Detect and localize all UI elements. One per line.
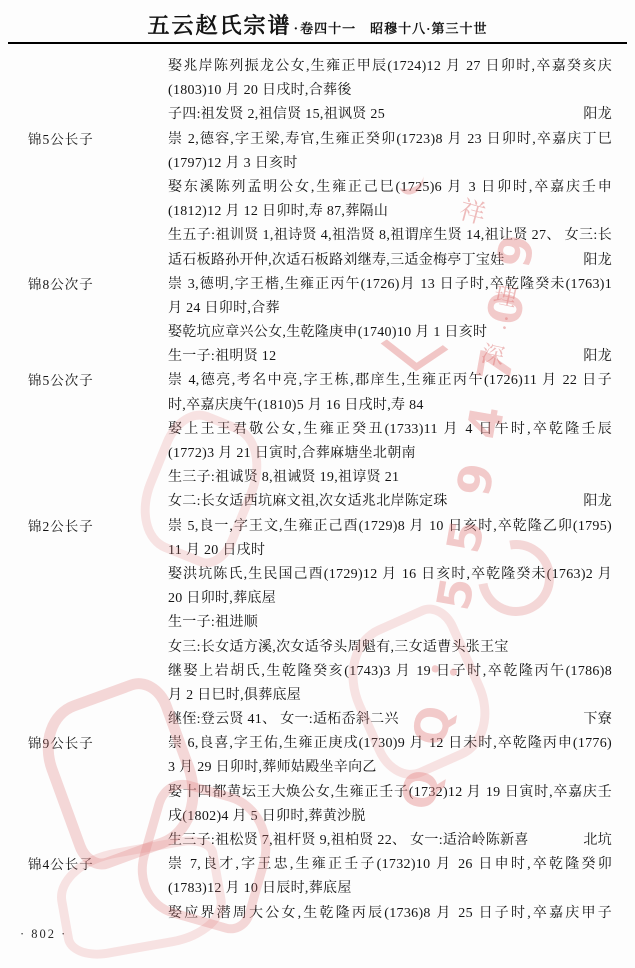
- entry-label: 锦2公长子: [0, 515, 168, 539]
- entry-line: 月 24 日卯时,合葬: [168, 297, 612, 321]
- genealogy-entry: 锦5公次子 崇 4,德亮,考名中亮,字王栋,郡庠生,生雍正丙午(1726)11 …: [0, 369, 635, 514]
- entry-line: 继娶上岩胡氏,生乾隆癸亥(1743)3 月 19 日子时,卒乾隆丙午(1786)…: [168, 660, 612, 684]
- genealogy-entry: 锦5公长子 崇 2,德容,字王梁,寿官,生雍正癸卯(1723)8 月 23 日卯…: [0, 128, 635, 273]
- entry-line: 女二:长女适西坑麻文祖,次女适兆北岸陈定珠 阳龙: [168, 490, 612, 514]
- place-annotation: 北坑: [575, 829, 612, 853]
- genealogy-entry: 锦8公次子 崇 3,德明,字王楷,生雍正丙午(1726)月 13 日子时,卒乾隆…: [0, 273, 635, 370]
- entry-line: 崇 4,德亮,考名中亮,字王栋,郡庠生,生雍正丙午(1726)11 月 22 日…: [168, 369, 612, 393]
- entry-line: 适石板路孙开仲,次适石板路刘继寿,三适金梅亭丁宝娃 阳龙: [168, 249, 612, 273]
- entry-line: 20 日卯时,葬底屋: [168, 587, 612, 611]
- genealogy-body: 娶兆岸陈列振龙公女,生雍正甲辰(1724)12 月 27 日卯时,卒嘉癸亥庆 (…: [0, 55, 635, 926]
- entry-line: 子四:祖发贤 2,祖信贤 15,祖讽贤 25 阳龙: [168, 103, 612, 127]
- entry-label: 锦4公长子: [0, 853, 168, 877]
- entry-line: (1783)12 月 10 日辰时,葬底屋: [168, 877, 612, 901]
- entry-line: 崇 3,德明,字王楷,生雍正丙午(1726)月 13 日子时,卒乾隆癸未(176…: [168, 273, 612, 297]
- page-number: · 802 ·: [20, 927, 67, 942]
- title-separator-dot: ·: [292, 22, 301, 37]
- place-annotation: 下寮: [575, 708, 612, 732]
- entry-line-text: 子四:祖发贤 2,祖信贤 15,祖讽贤 25: [168, 103, 385, 127]
- entry-label: 锦5公长子: [0, 128, 168, 152]
- entry-line: 娶兆岸陈列振龙公女,生雍正甲辰(1724)12 月 27 日卯时,卒嘉癸亥庆: [168, 55, 612, 79]
- entry-line: (1812)12 月 12 日卯时,寿 87,葬隔山: [168, 200, 612, 224]
- entry-line-text: 适石板路孙开仲,次适石板路刘继寿,三适金梅亭丁宝娃: [168, 249, 505, 273]
- entry-line-text: 女二:长女适西坑麻文祖,次女适兆北岸陈定珠: [168, 490, 448, 514]
- entry-lines: 崇 3,德明,字王楷,生雍正丙午(1726)月 13 日子时,卒乾隆癸未(176…: [168, 273, 612, 370]
- entry-line: 娶洪坑陈氏,生民国己酉(1729)12 月 16 日亥时,卒乾隆癸未(1763)…: [168, 563, 612, 587]
- genealogy-scan-page: 五云赵氏宗谱·卷四十一 昭穆十八·第三十世 娶兆岸陈列振龙公女,生雍正甲辰(17…: [0, 0, 635, 968]
- genealogy-entry: 锦9公长子 崇 6,良喜,字王佑,生雍正庚戌(1730)9 月 12 日未时,卒…: [0, 732, 635, 853]
- entry-line: 娶乾坑应章兴公女,生乾隆庚申(1740)10 月 1 日亥时: [168, 321, 612, 345]
- entry-lines: 崇 4,德亮,考名中亮,字王栋,郡庠生,生雍正丙午(1726)11 月 22 日…: [168, 369, 612, 514]
- entry-line: 崇 7,良才,字王忠,生雍正壬子(1732)10 月 26 日申时,卒乾隆癸卯: [168, 853, 612, 877]
- entry-lines: 娶兆岸陈列振龙公女,生雍正甲辰(1724)12 月 27 日卯时,卒嘉癸亥庆 (…: [168, 55, 612, 128]
- entry-line: 女三:长女适方溪,次女适爷头周魁有,三女适曹头张王宝: [168, 636, 612, 660]
- entry-lines: 崇 7,良才,字王忠,生雍正壬子(1732)10 月 26 日申时,卒乾隆癸卯 …: [168, 853, 612, 926]
- header-rule-line: [8, 42, 627, 44]
- entry-line: (1772)3 月 21 日寅时,合葬麻塘坐北朝南: [168, 442, 612, 466]
- entry-line: 生三子:祖松贤 7,祖杆贤 9,祖柏贤 22、 女一:适洽岭陈新喜 北坑: [168, 829, 612, 853]
- entry-line: 生三子:祖诚贤 8,祖诫贤 19,祖谆贤 21: [168, 466, 612, 490]
- entry-line: 娶上王王君敬公女,生雍正癸丑(1733)11 月 4 日午时,卒乾隆壬辰: [168, 418, 612, 442]
- genealogy-entry: 锦2公长子 崇 5,良一,字王文,生雍正己酉(1729)8 月 10 日亥时,卒…: [0, 515, 635, 733]
- entry-line-text: 生三子:祖松贤 7,祖杆贤 9,祖柏贤 22、 女一:适洽岭陈新喜: [168, 829, 529, 853]
- entry-label: 锦9公长子: [0, 732, 168, 756]
- entry-line-text: 生一子:祖明贤 12: [168, 345, 276, 369]
- genealogy-entry: 娶兆岸陈列振龙公女,生雍正甲辰(1724)12 月 27 日卯时,卒嘉癸亥庆 (…: [0, 55, 635, 128]
- entry-line: 月 2 日巳时,俱葬底屋: [168, 684, 612, 708]
- entry-label: 锦8公次子: [0, 273, 168, 297]
- entry-line-text: 继侄:登云贤 41、 女一:适柘岙斜二兴: [168, 708, 399, 732]
- genealogy-entry: 锦4公长子 崇 7,良才,字王忠,生雍正壬子(1732)10 月 26 日申时,…: [0, 853, 635, 926]
- entry-line: 戌(1802)4 月 5 日卯时,葬黄沙脱: [168, 805, 612, 829]
- place-annotation: 阳龙: [575, 249, 612, 273]
- place-annotation: 阳龙: [575, 103, 612, 127]
- entry-label: 锦5公次子: [0, 369, 168, 393]
- place-annotation: 阳龙: [575, 490, 612, 514]
- entry-line: 崇 6,良喜,字王佑,生雍正庚戌(1730)9 月 12 日未时,卒乾隆丙申(1…: [168, 732, 612, 756]
- entry-line: 崇 2,德容,字王梁,寿官,生雍正癸卯(1723)8 月 23 日卯时,卒嘉庆丁…: [168, 128, 612, 152]
- entry-line: 生一子:祖进顺: [168, 611, 612, 635]
- volume-subtitle: 卷四十一 昭穆十八·第三十世: [300, 21, 487, 36]
- page-title: 五云赵氏宗谱·卷四十一 昭穆十八·第三十世: [0, 9, 635, 40]
- entry-line: 继侄:登云贤 41、 女一:适柘岙斜二兴 下寮: [168, 708, 612, 732]
- entry-line: 崇 5,良一,字王文,生雍正己酉(1729)8 月 10 日亥时,卒乾隆乙卯(1…: [168, 515, 612, 539]
- place-annotation: 阳龙: [575, 345, 612, 369]
- entry-line: (1797)12 月 3 日亥时: [168, 152, 612, 176]
- entry-lines: 崇 6,良喜,字王佑,生雍正庚戌(1730)9 月 12 日未时,卒乾隆丙申(1…: [168, 732, 612, 853]
- entry-label: [0, 55, 168, 79]
- entry-line: 娶应界潜周大公女,生乾隆丙辰(1736)8 月 25 日子时,卒嘉庆甲子: [168, 902, 612, 926]
- entry-line: 时,卒嘉庆庚午(1810)5 月 16 日戌时,寿 84: [168, 394, 612, 418]
- entry-line: 生五子:祖训贤 1,祖诗贤 4,祖浩贤 8,祖谓庠生贤 14,祖让贤 27、 女…: [168, 224, 612, 248]
- entry-line: 生一子:祖明贤 12 阳龙: [168, 345, 612, 369]
- entry-line: (1803)10 月 20 日戌时,合葬後: [168, 79, 612, 103]
- entry-lines: 崇 5,良一,字王文,生雍正己酉(1729)8 月 10 日亥时,卒乾隆乙卯(1…: [168, 515, 612, 733]
- book-title: 五云赵氏宗谱: [147, 13, 291, 38]
- entry-lines: 崇 2,德容,字王梁,寿官,生雍正癸卯(1723)8 月 23 日卯时,卒嘉庆丁…: [168, 128, 612, 273]
- entry-line: 3 月 29 日卯时,葬师姑殿坐辛向乙: [168, 756, 612, 780]
- entry-line: 娶十四都黄坛王大焕公女,生雍正壬子(1732)12 月 19 日寅时,卒嘉庆壬: [168, 781, 612, 805]
- entry-line: 娶东溪陈列孟明公女,生雍正己巳(1725)6 月 3 日卯时,卒嘉庆壬申: [168, 176, 612, 200]
- entry-line: 11 月 20 日戌时: [168, 539, 612, 563]
